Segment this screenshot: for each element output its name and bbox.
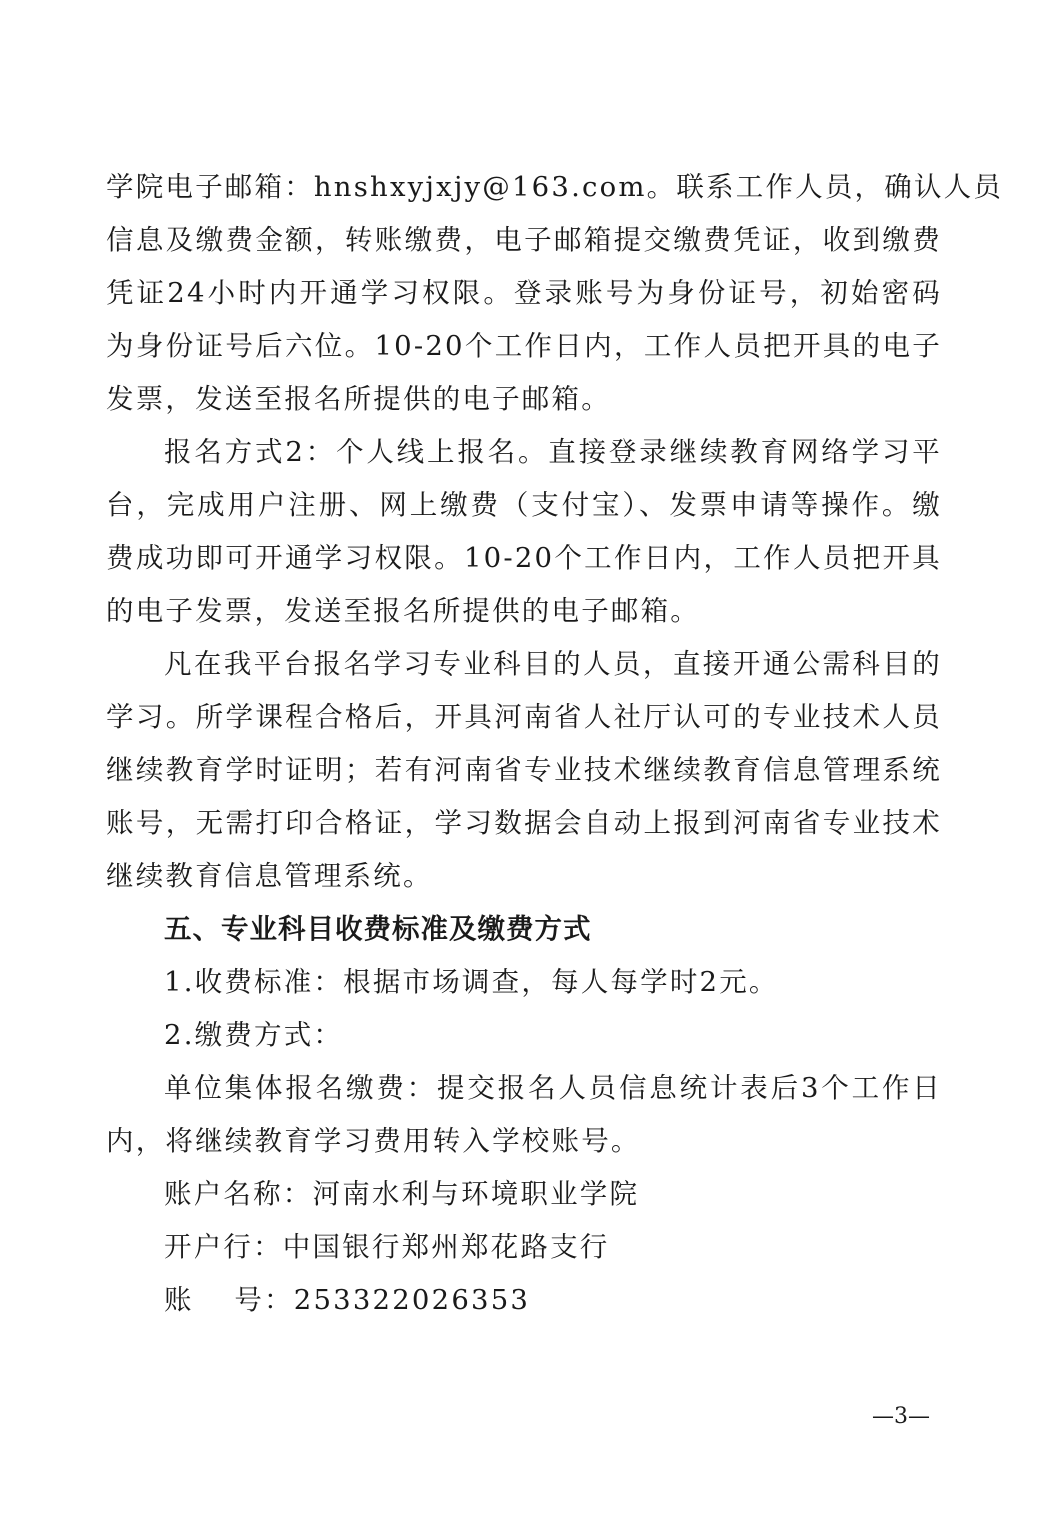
paragraph-1-line-3: 凭证24小时内开通学习权限。登录账号为身份证号，初始密码 <box>106 276 942 310</box>
account-number-row: 账 号：253322026353 <box>164 1283 942 1317</box>
paragraph-2-line-1: 报名方式2：个人线上报名。直接登录继续教育网络学习平 <box>164 435 942 469</box>
paragraph-3-line-5: 继续教育信息管理系统。 <box>106 859 942 893</box>
paragraph-3-line-2: 学习。所学课程合格后，开具河南省人社厅认可的专业技术人员 <box>106 700 942 734</box>
group-payment-line-1: 单位集体报名缴费：提交报名人员信息统计表后3个工作日 <box>164 1071 942 1105</box>
paragraph-3-line-4: 账号，无需打印合格证，学习数据会自动上报到河南省专业技术 <box>106 806 942 840</box>
paragraph-1-line-4: 为身份证号后六位。10-20个工作日内，工作人员把开具的电子 <box>106 329 942 363</box>
paragraph-1-line-2: 信息及缴费金额，转账缴费，电子邮箱提交缴费凭证，收到缴费 <box>106 223 942 257</box>
account-number-label: 账 号： <box>164 1284 294 1316</box>
paragraph-2-line-2: 台，完成用户注册、网上缴费（支付宝）、发票申请等操作。缴 <box>106 488 942 522</box>
fee-standard: 1.收费标准：根据市场调查，每人每学时2元。 <box>164 965 942 999</box>
group-payment-line-2: 内，将继续教育学习费用转入学校账号。 <box>106 1124 942 1158</box>
document-page: 学院电子邮箱：hnshxyjxjy@163.com。联系工作人员，确认人员 信息… <box>0 0 1063 1516</box>
paragraph-3-line-3: 继续教育学时证明；若有河南省专业技术继续教育信息管理系统 <box>106 753 942 787</box>
paragraph-1-line-1: 学院电子邮箱：hnshxyjxjy@163.com。联系工作人员，确认人员 <box>106 170 942 204</box>
paragraph-2-line-3: 费成功即可开通学习权限。10-20个工作日内，工作人员把开具 <box>106 541 942 575</box>
payment-method-label: 2.缴费方式： <box>164 1018 942 1052</box>
paragraph-2-line-4: 的电子发票，发送至报名所提供的电子邮箱。 <box>106 594 942 628</box>
account-bank: 开户行：中国银行郑州郑花路支行 <box>164 1230 942 1264</box>
paragraph-3-line-1: 凡在我平台报名学习专业科目的人员，直接开通公需科目的 <box>164 647 942 681</box>
section-heading: 五、专业科目收费标准及缴费方式 <box>164 912 942 946</box>
paragraph-1-line-5: 发票，发送至报名所提供的电子邮箱。 <box>106 382 942 416</box>
account-number-value: 253322026353 <box>294 1284 530 1316</box>
account-name: 账户名称：河南水利与环境职业学院 <box>164 1177 942 1211</box>
page-number: —3— <box>872 1404 930 1429</box>
